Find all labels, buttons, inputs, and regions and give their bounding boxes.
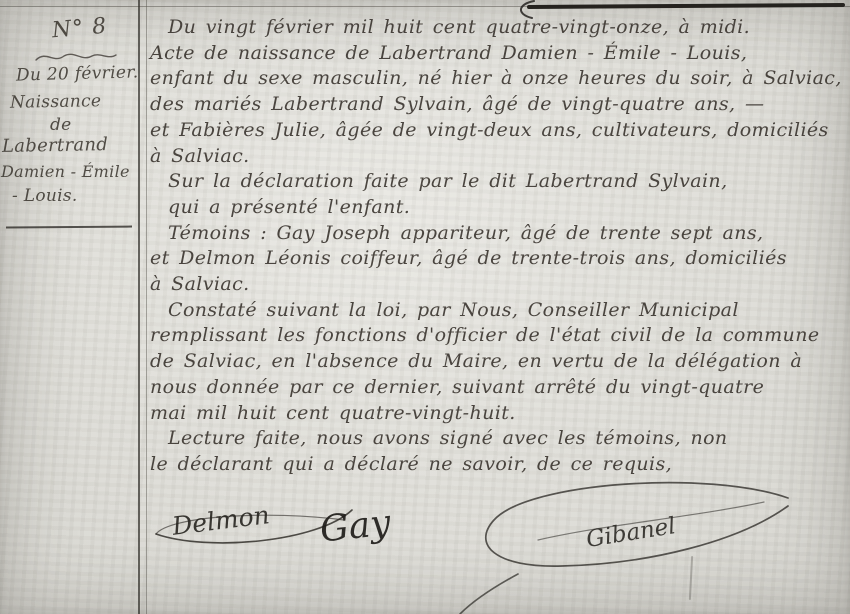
act-line: Constaté suivant la loi, par Nous, Conse… <box>150 298 850 324</box>
margin-surname: Labertrand <box>2 134 109 157</box>
entry-number: N° 8 <box>51 14 108 44</box>
margin-word-de: de <box>50 115 72 135</box>
act-line: remplissant les fonctions d'officier de … <box>150 323 850 349</box>
act-line: mai mil huit cent quatre-vingt-huit. <box>150 401 850 427</box>
act-body: Du vingt février mil huit cent quatre-vi… <box>150 15 850 478</box>
act-line: le déclarant qui a déclaré ne savoir, de… <box>150 452 850 478</box>
act-line: à Salviac. <box>150 272 850 298</box>
signature-gibanel-flourish <box>458 478 828 614</box>
act-line: et Delmon Léonis coiffeur, âgé de trente… <box>150 246 850 272</box>
act-line: Témoins : Gay Joseph appariteur, âgé de … <box>150 221 850 247</box>
margin-act-type: Naissance <box>10 91 102 113</box>
act-line: et Fabières Julie, âgée de vingt-deux an… <box>150 118 850 144</box>
register-page: N° 8 Du 20 février. Naissance de Labertr… <box>0 0 850 614</box>
act-line: Acte de naissance de Labertrand Damien -… <box>150 41 850 67</box>
margin-given-names-2: - Louis. <box>12 186 78 206</box>
act-line: nous donnée par ce dernier, suivant arrê… <box>150 375 850 401</box>
margin-column: N° 8 Du 20 février. Naissance de Labertr… <box>0 0 138 614</box>
margin-end-rule <box>6 226 132 229</box>
act-line: des mariés Labertrand Sylvain, âgé de vi… <box>150 92 850 118</box>
act-line: Du vingt février mil huit cent quatre-vi… <box>150 15 850 41</box>
act-line: Sur la déclaration faite par le dit Labe… <box>150 169 850 195</box>
act-line: de Salviac, en l'absence du Maire, en ve… <box>150 349 850 375</box>
act-line: enfant du sexe masculin, né hier à onze … <box>150 66 850 92</box>
margin-given-names: Damien - Émile <box>1 162 130 181</box>
margin-date: Du 20 février. <box>16 62 139 85</box>
act-line: Lecture faite, nous avons signé avec les… <box>150 426 850 452</box>
column-separator-rule <box>138 0 147 614</box>
act-line: à Salviac. <box>150 144 850 170</box>
signature-gay: Gay <box>318 502 392 550</box>
act-line: qui a présenté l'enfant. <box>150 195 850 221</box>
top-heavy-rule <box>527 3 845 9</box>
signature-gibanel-block: Gibanel <box>458 478 828 614</box>
